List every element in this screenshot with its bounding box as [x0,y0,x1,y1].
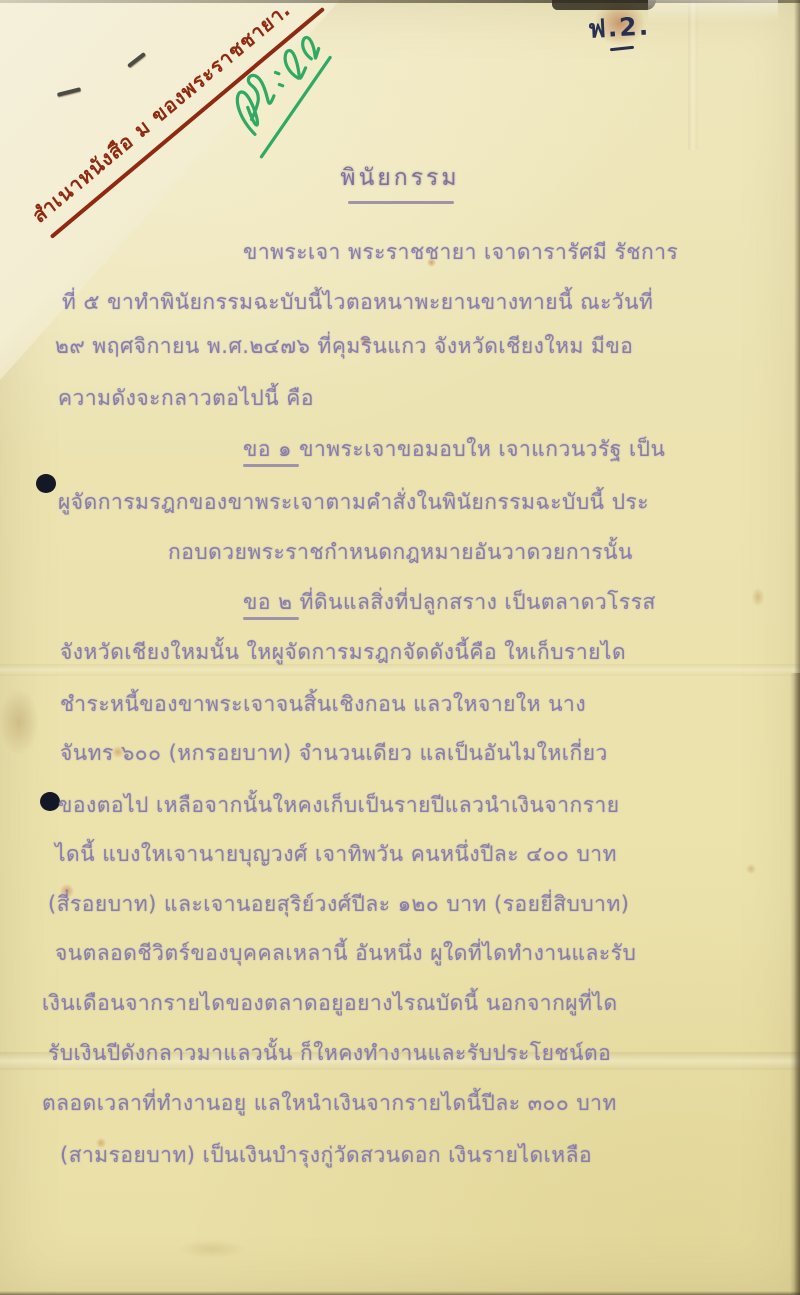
edge-stain [0,690,38,754]
clause-1-underline [243,464,299,467]
body-line: จนตลอดชีวิตร์ของบุคคลเหลานี้ อันหนึ่ง ผู… [55,938,636,968]
body-line: เงินเดือนจากรายไดของตลาดอยูอยางไรณบัดนี้… [42,988,618,1018]
body-line: จังหวัดเชียงใหมนั้น ใหผูจัดการมรฎกจัดดัง… [60,637,626,667]
rust-speck [752,588,764,606]
body-line: กอบดวยพระราชกำหนดกฎหมายอันวาดวยการนั้น [168,537,633,567]
hole-punch [40,792,60,811]
clause-2-underline [243,617,299,620]
body-line: ๒๙ พฤศจิกายน พ.ศ.๒๔๗๖ ที่คุมรินแกว จังหว… [55,331,633,361]
body-line: ตลอดเวลาที่ทำงานอยู แลใหนำเงินจากรายไดนี… [42,1088,617,1118]
corner-mark: ฟ.2. [587,6,651,49]
edge-stain [180,1240,244,1258]
body-line: ขอ ๒ ที่ดินแลสิ่งที่ปลูกสราง เป็นตลาดวโร… [243,587,656,617]
body-line: ชำระหนี้ของขาพระเจาจนสิ้นเชิงกอน แลวใหจา… [60,689,586,719]
body-line: (สามรอยบาท) เป็นเงินบำรุงกู่วัดสวนดอก เง… [60,1140,592,1170]
body-line: (สี่รอยบาท) และเจานอยสุริย์วงศ์ปีละ ๑๒๐ … [48,889,630,919]
body-line: ขอ ๑ ขาพระเจาขอมอบให เจาแกวนวรัฐ เป็น [243,434,665,464]
body-line: ความดังจะกลาวตอไปนี้ คือ [58,383,314,413]
body-line: รับเงินปีดังกลาวมาแลวนั้น ก็ใหคงทำงานและ… [48,1038,611,1068]
body-line: ผูจัดการมรฎกของขาพระเจาตามคำสั่งในพินัยก… [58,487,649,517]
document-title: พินัยกรรม [0,160,800,196]
scan-edge-right [790,673,800,1295]
scanned-paper: สำเนาหนังสือ ม ของพระราชชายา. ฟ.2. พินัย… [0,0,800,1295]
body-line: จันทร ๖๐๐ (หกรอยบาท) จำนวนเดียว แลเป็นอั… [60,738,608,768]
fold-crease [688,0,698,150]
body-line: ไดนี้ แบงใหเจานายบุญวงศ์ เจาทิพวัน คนหนึ… [55,839,617,869]
body-line: ของตอไป เหลือจากนั้นใหคงเก็บเป็นรายปีแลว… [58,790,620,820]
hole-punch [36,474,56,493]
document-title-underline [348,201,454,204]
body-line: ขาพระเจา พระราชชายา เจาดารารัศมี รัชการ [243,237,678,267]
scan-edge-bottom [0,1291,800,1295]
body-line: ที่ ๕ ขาทำพินัยกรรมฉะบับนี้ไวตอหนาพะยานข… [62,287,653,317]
paper-tear-highlight [648,0,778,22]
rust-speck [746,864,756,874]
